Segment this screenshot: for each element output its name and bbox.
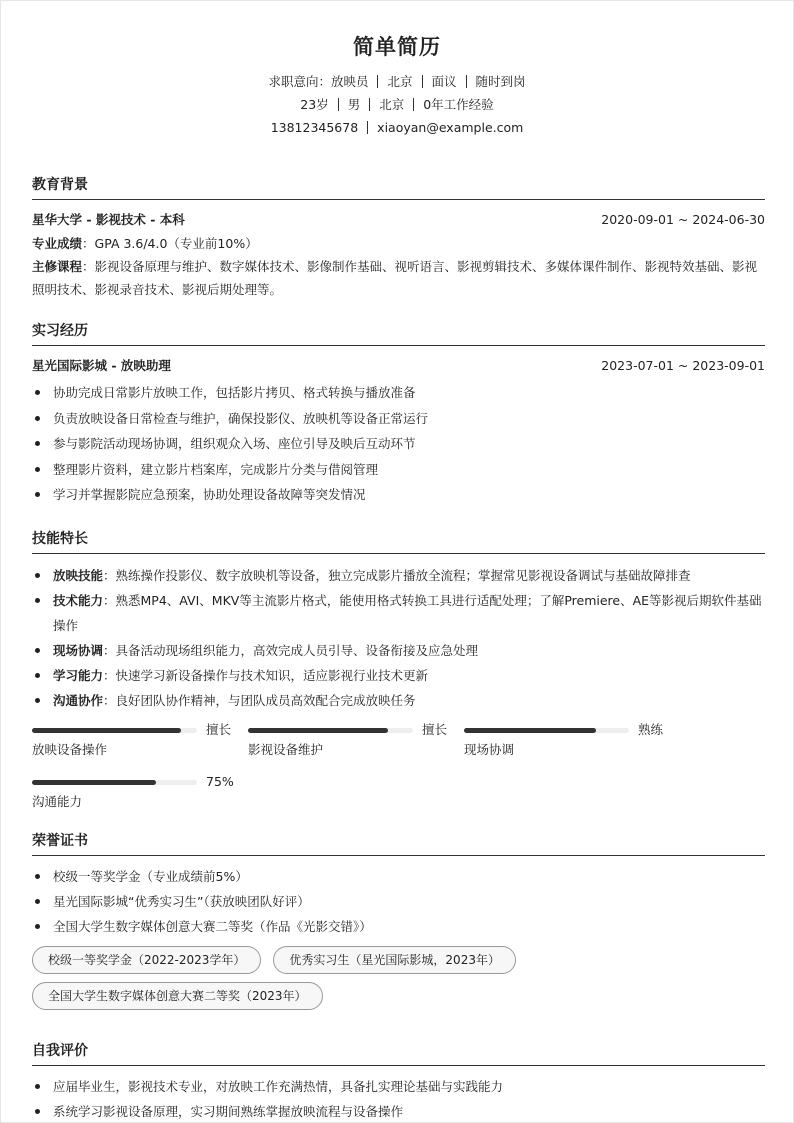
education-section: 教育背景 星华大学 - 影视技术 - 本科 2020-09-01 ~ 2024-… <box>32 173 765 301</box>
list-item: 系统学习影视设备原理，实习期间熟练掌握放映流程与设备操作 <box>32 1099 765 1123</box>
skill-name: 放映设备操作 <box>32 739 107 761</box>
skill-name: 影视设备维护 <box>248 739 323 761</box>
school-major-degree: 星华大学 - 影视技术 - 本科 <box>32 208 185 232</box>
list-item: 技术能力：熟悉MP4、AVI、MKV等主流影片格式，能使用格式转换工具进行适配处… <box>32 588 765 638</box>
honors-section: 荣誉证书 校级一等奖学金（专业成绩前5%） 星光国际影城“优秀实习生”（获放映团… <box>32 829 765 1018</box>
section-title-self-evaluation: 自我评价 <box>32 1039 765 1066</box>
skill-level: 75% <box>206 771 234 793</box>
progress-fill <box>248 728 388 733</box>
skill-name: 沟通能力 <box>32 791 82 813</box>
email: xiaoyan@example.com <box>377 120 523 135</box>
gpa-label: 专业成绩 <box>32 236 82 251</box>
skill-text: ：快速学习新设备操作与技术知识，适应影视行业技术更新 <box>103 668 428 683</box>
resume-title: 简单简历 <box>1 32 793 62</box>
skill-label: 技术能力 <box>53 593 103 608</box>
courses-label: 主修课程 <box>32 259 82 274</box>
skill-text: ：良好团队协作精神，与团队成员高效配合完成放映任务 <box>103 693 416 708</box>
honor-tag: 全国大学生数字媒体创意大赛二等奖（2023年） <box>32 982 323 1010</box>
list-item: 应届毕业生，影视技术专业，对放映工作充满热情，具备扎实理论基础与实践能力 <box>32 1074 765 1099</box>
list-item: 沟通协作：良好团队协作精神，与团队成员高效配合完成放映任务 <box>32 688 765 713</box>
section-title-skills: 技能特长 <box>32 527 765 554</box>
internship-entry-head: 星光国际影城 - 放映助理 2023-07-01 ~ 2023-09-01 <box>32 354 765 378</box>
honors-bullets: 校级一等奖学金（专业成绩前5%） 星光国际影城“优秀实习生”（获放映团队好评） … <box>32 864 765 939</box>
progress-track <box>464 728 629 733</box>
age: 23岁 <box>300 97 328 112</box>
job-intent-line: 求职意向：放映员北京面议随时到岗 <box>1 70 793 93</box>
internship-bullets: 协助完成日常影片放映工作，包括影片拷贝、格式转换与播放准备 负责放映设备日常检查… <box>32 380 765 508</box>
education-entry-head: 星华大学 - 影视技术 - 本科 2020-09-01 ~ 2024-06-30 <box>32 208 765 232</box>
progress-track <box>32 728 197 733</box>
list-item: 放映技能：熟练操作投影仪、数字放映机等设备，独立完成影片播放全流程；掌握常见影视… <box>32 563 765 588</box>
skill-label: 沟通协作 <box>53 693 103 708</box>
list-item: 参与影院活动现场协调，组织观众入场、座位引导及映后互动环节 <box>32 431 765 457</box>
list-item: 全国大学生数字媒体创意大赛二等奖（作品《光影交错》） <box>32 914 765 939</box>
progress-fill <box>32 780 156 785</box>
skill-text: ：熟练操作投影仪、数字放映机等设备，独立完成影片播放全流程；掌握常见影视设备调试… <box>103 568 691 583</box>
company-role: 星光国际影城 - 放映助理 <box>32 354 171 378</box>
skill-level: 擅长 <box>206 719 231 741</box>
honor-tags: 校级一等奖学金（2022-2023学年）优秀实习生（星光国际影城，2023年） … <box>32 946 765 1018</box>
list-item: 学习并掌握影院应急预案，协助处理设备故障等突发情况 <box>32 482 765 508</box>
skill-label: 放映技能 <box>53 568 103 583</box>
list-item: 星光国际影城“优秀实习生”（获放映团队好评） <box>32 889 765 914</box>
intent-salary: 面议 <box>432 74 457 89</box>
honor-tag: 优秀实习生（星光国际影城，2023年） <box>273 946 516 974</box>
list-item: 校级一等奖学金（专业成绩前5%） <box>32 864 765 889</box>
skill-level: 熟练 <box>638 719 663 741</box>
section-title-education: 教育背景 <box>32 173 765 200</box>
progress-fill <box>32 728 181 733</box>
skills-bullets: 放映技能：熟练操作投影仪、数字放映机等设备，独立完成影片播放全流程；掌握常见影视… <box>32 563 765 713</box>
list-item: 协助完成日常影片放映工作，包括影片拷贝、格式转换与播放准备 <box>32 380 765 406</box>
intent-availability: 随时到岗 <box>476 74 526 89</box>
experience: 0年工作经验 <box>423 97 493 112</box>
self-evaluation-bullets: 应届毕业生，影视技术专业，对放映工作充满热情，具备扎实理论基础与实践能力 系统学… <box>32 1074 765 1123</box>
education-date: 2020-09-01 ~ 2024-06-30 <box>601 208 765 232</box>
skill-label: 现场协调 <box>53 643 103 658</box>
gpa-value: ：GPA 3.6/4.0（专业前10%） <box>82 236 258 251</box>
separator <box>369 98 370 111</box>
list-item: 整理影片资料，建立影片档案库，完成影片分类与借阅管理 <box>32 457 765 483</box>
intent-city: 北京 <box>387 74 412 89</box>
gender: 男 <box>348 97 361 112</box>
contact-line: 13812345678xiaoyan@example.com <box>1 116 793 139</box>
courses-line: 主修课程：影视设备原理与维护、数字媒体技术、影像制作基础、视听语言、影视剪辑技术… <box>32 255 765 301</box>
progress-track <box>248 728 413 733</box>
skill-name: 现场协调 <box>464 739 514 761</box>
courses-value: ：影视设备原理与维护、数字媒体技术、影像制作基础、视听语言、影视剪辑技术、多媒体… <box>32 259 757 297</box>
job-intent: 求职意向：放映员 <box>268 74 368 89</box>
list-item: 现场协调：具备活动现场组织能力，高效完成人员引导、设备衔接及应急处理 <box>32 638 765 663</box>
skill-text: ：具备活动现场组织能力，高效完成人员引导、设备衔接及应急处理 <box>103 643 478 658</box>
self-evaluation-section: 自我评价 应届毕业生，影视技术专业，对放映工作充满热情，具备扎实理论基础与实践能… <box>32 1039 765 1123</box>
separator <box>413 98 414 111</box>
progress-fill <box>464 728 596 733</box>
list-item: 负责放映设备日常检查与维护，确保投影仪、放映机等设备正常运行 <box>32 406 765 432</box>
section-title-internship: 实习经历 <box>32 319 765 346</box>
resume-header: 简单简历 求职意向：放映员北京面议随时到岗 23岁男北京0年工作经验 13812… <box>1 32 793 139</box>
separator <box>377 75 378 88</box>
internship-section: 实习经历 星光国际影城 - 放映助理 2023-07-01 ~ 2023-09-… <box>32 319 765 508</box>
personal-info-line: 23岁男北京0年工作经验 <box>1 93 793 116</box>
separator <box>466 75 467 88</box>
separator <box>367 121 368 134</box>
separator <box>422 75 423 88</box>
phone: 13812345678 <box>271 120 358 135</box>
internship-date: 2023-07-01 ~ 2023-09-01 <box>601 354 765 378</box>
section-title-honors: 荣誉证书 <box>32 829 765 856</box>
separator <box>338 98 339 111</box>
skill-text: ：熟悉MP4、AVI、MKV等主流影片格式，能使用格式转换工具进行适配处理；了解… <box>53 593 762 633</box>
progress-track <box>32 780 197 785</box>
honor-tag: 校级一等奖学金（2022-2023学年） <box>32 946 261 974</box>
skills-section: 技能特长 放映技能：熟练操作投影仪、数字放映机等设备，独立完成影片播放全流程；掌… <box>32 527 765 713</box>
skill-level: 擅长 <box>422 719 447 741</box>
gpa-line: 专业成绩：GPA 3.6/4.0（专业前10%） <box>32 232 765 255</box>
skill-label: 学习能力 <box>53 668 103 683</box>
location: 北京 <box>379 97 404 112</box>
list-item: 学习能力：快速学习新设备操作与技术知识，适应影视行业技术更新 <box>32 663 765 688</box>
resume-page: 简单简历 求职意向：放映员北京面议随时到岗 23岁男北京0年工作经验 13812… <box>0 0 794 1123</box>
